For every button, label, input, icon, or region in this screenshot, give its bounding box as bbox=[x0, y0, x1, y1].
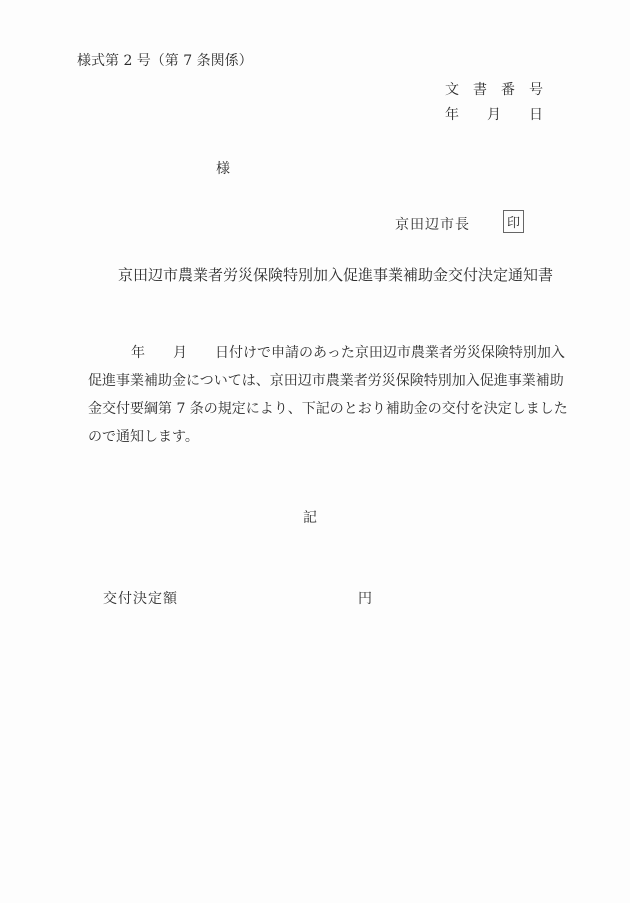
document-page: 様式第 2 号（第 7 条関係） 文 書 番 号 年 月 日 様 京田辺市長 印… bbox=[0, 0, 630, 903]
seal-label: 印 bbox=[507, 212, 520, 231]
document-title: 京田辺市農業者労災保険特別加入促進事業補助金交付決定通知書 bbox=[118, 267, 553, 284]
addressee-suffix: 様 bbox=[216, 161, 230, 177]
body-paragraph-line: 促進事業補助金については、京田辺市農業者労災保険特別加入促進事業補助 bbox=[88, 373, 564, 389]
seal-placeholder-box: 印 bbox=[503, 210, 524, 233]
form-number: 様式第 2 号（第 7 条関係） bbox=[77, 53, 253, 69]
body-paragraph-line: 金交付要綱第 7 条の規定により、下記のとおり補助金の交付を決定しました bbox=[88, 401, 568, 417]
record-marker: 記 bbox=[303, 510, 317, 526]
date-line: 年 月 日 bbox=[445, 107, 543, 123]
body-paragraph-line: 年 月 日付けで申請のあった京田辺市農業者労災保険特別加入 bbox=[131, 345, 565, 361]
currency-unit-yen: 円 bbox=[358, 591, 372, 607]
body-paragraph-line: ので通知します。 bbox=[88, 429, 199, 445]
sender-name: 京田辺市長 bbox=[395, 217, 470, 233]
document-number-label: 文 書 番 号 bbox=[445, 82, 543, 98]
grant-amount-label: 交付決定額 bbox=[103, 591, 178, 607]
